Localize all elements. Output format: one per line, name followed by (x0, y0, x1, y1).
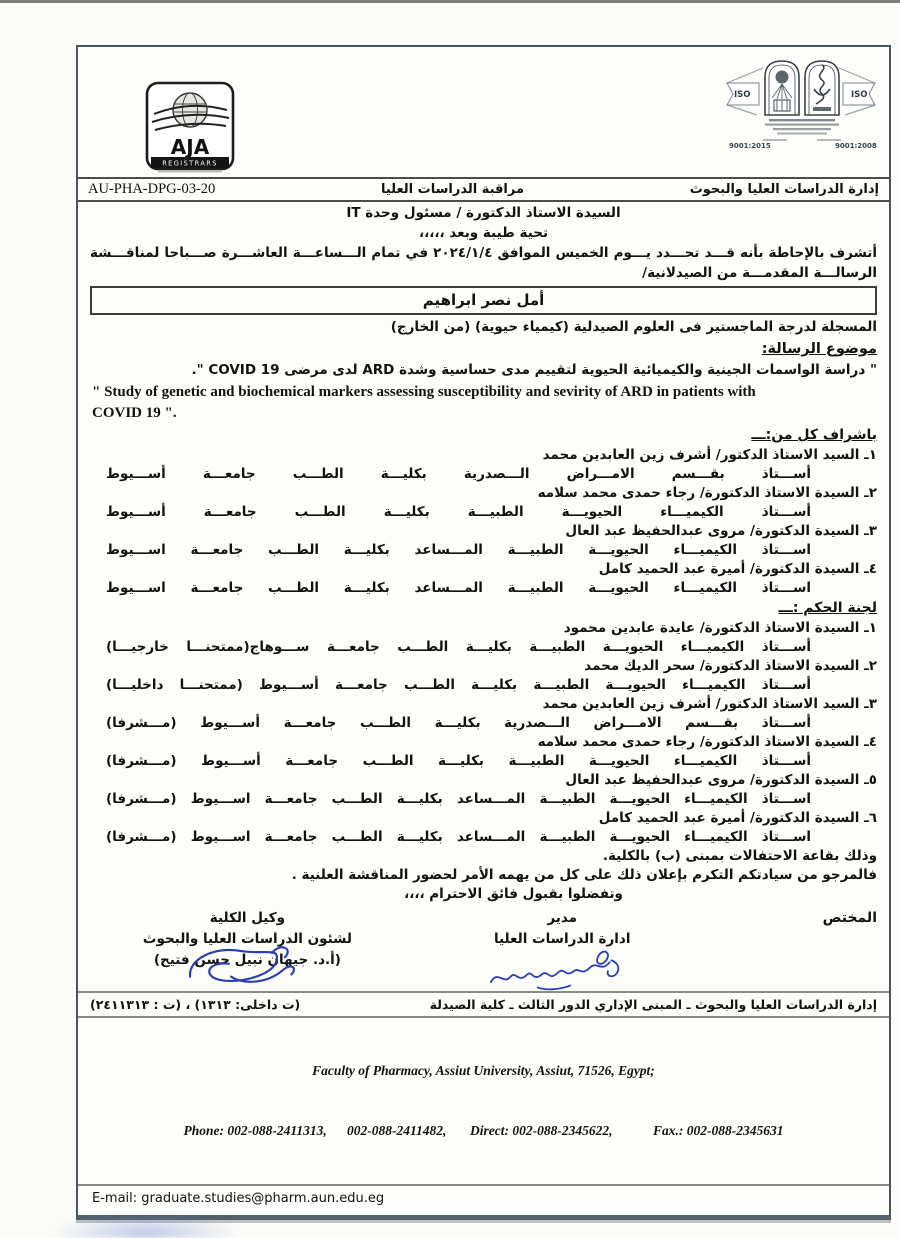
university-logo-icon (765, 61, 799, 115)
supervisor-entry: ٣ـ السيدة الدكتورة/ مروى عبدالحفيظ عبد ا… (90, 522, 877, 560)
footer-phone-line: Phone: 002-088-2411313, 002-088-2411482,… (84, 1121, 883, 1141)
director-title-1: مدير (405, 908, 720, 929)
entry-position: أســـتاذ بقـــسم الامـــراض الـــصدرية ب… (90, 465, 877, 484)
director-title-2: ادارة الدراسات العليا (405, 929, 720, 950)
closing-line: وتفضلوا بقبول فائق الاحترام ،،،، (90, 885, 877, 904)
committee-entry: ٥ـ السيدة الدكتورة/ مروى عبدالحفيظ عبد ا… (90, 771, 877, 809)
student-name-box: أمل نصر ابراهيم (90, 286, 877, 315)
entry-name: السيدة الدكتورة/ مروى عبدالحفيظ عبد العا… (565, 772, 859, 788)
committee-entry: ٣ـ السيد الاستاذ الدكتور/ أشرف زين العاب… (90, 695, 877, 733)
iso-right-label: ISO (851, 90, 868, 100)
iso-left-label: ISO (734, 90, 751, 100)
aja-logo-subtext: REGISTRARS (162, 160, 218, 168)
entry-number: ٤ـ (864, 734, 877, 750)
intro-line-1: أتشرف بالإحاطة بأنه قـــد تحـــدد يـــوم… (90, 243, 877, 263)
entry-name: السيدة الدكتورة/ أميرة عبد الحميد كامل (599, 561, 860, 577)
entry-name: السيدة الدكتورة/ مروى عبدالحفيظ عبد العا… (565, 523, 859, 539)
iso-certification-emblem: ISO ISO (723, 53, 879, 159)
addressee-line: السيدة الاستاذ الدكتورة / مسئول وحدة IT (90, 203, 877, 223)
thesis-title-english: " Study of genetic and biochemical marke… (90, 381, 877, 425)
entry-name: السيدة الاستاذ الدكتورة/ سحر الديك محمد (584, 658, 859, 674)
logos-row: AJA REGISTRARS ISO ISO (78, 47, 889, 177)
entry-number: ٢ـ (864, 485, 877, 501)
entry-number: ١ـ (864, 620, 877, 636)
entry-number: ١ـ (864, 447, 877, 463)
venue-line: وذلك بقاعة الاحتفالات بمبنى (ب) بالكلية. (90, 847, 877, 866)
specialist-label: المختص (720, 908, 877, 929)
iso-cert-right: 9001:2008 (835, 142, 877, 150)
entry-number: ٥ـ (864, 772, 877, 788)
vice-dean-title-1: وكيل الكلية (90, 908, 405, 929)
letter-body: السيدة الاستاذ الدكتورة / مسئول وحدة IT … (78, 202, 889, 904)
footer-address: إدارة الدراسات العليا والبحوث ـ المبنى ا… (430, 997, 877, 1012)
footer-english-block: Faculty of Pharmacy, Assiut University, … (78, 1018, 889, 1186)
entry-name: السيدة الاستاذ الدكتورة/ رجاء حمدى محمد … (538, 485, 860, 501)
entry-position: أســـتاذ بقـــسم الامـــراض الـــصدرية ب… (90, 714, 877, 733)
supervisor-entry: ٢ـ السيدة الاستاذ الدكتورة/ رجاء حمدى مح… (90, 484, 877, 522)
committee-entry: ٢ـ السيدة الاستاذ الدكتورة/ سحر الديك مح… (90, 657, 877, 695)
entry-name: السيدة الدكتورة/ أميرة عبد الحميد كامل (599, 810, 860, 826)
student-name: أمل نصر ابراهيم (423, 291, 545, 309)
committee-entry: ٤ـ السيدة الاستاذ الدكتورة/ رجاء حمدى مح… (90, 733, 877, 771)
registration-line: المسجلة لدرجة الماجستير فى العلوم الصيدل… (90, 317, 877, 338)
footer-phones-arabic: (ت داخلى: ١٣١٣) ، (ت : ٢٤١١٣١٣) (90, 997, 300, 1012)
document-border-frame: AJA REGISTRARS ISO ISO (76, 45, 891, 1220)
entry-name: السيدة الاستاذ الدكتورة/ رجاء حمدى محمد … (538, 734, 860, 750)
entry-name: السيد الاستاذ الدكتور/ أشرف زين العابدين… (543, 696, 860, 712)
footer-faculty-line: Faculty of Pharmacy, Assiut University, … (84, 1061, 883, 1081)
committee-entry: ٦ـ السيدة الدكتورة/ أميرة عبد الحميد كام… (90, 809, 877, 847)
document-code: AU-PHA-DPG-03-20 (88, 181, 215, 198)
thesis-title-arabic: " دراسة الواسمات الجينية والكيميائية الح… (90, 360, 877, 381)
supervisor-entry: ٤ـ السيدة الدكتورة/ أميرة عبد الحميد كام… (90, 560, 877, 598)
footer: إدارة الدراسات العليا والبحوث ـ المبنى ا… (78, 991, 889, 1215)
entry-name: السيدة الاستاذ الدكتورة/ عايدة عابدين مح… (564, 620, 860, 636)
entry-number: ٣ـ (864, 696, 877, 712)
committee-list: ١ـ السيدة الاستاذ الدكتورة/ عايدة عابدين… (90, 619, 877, 847)
iso-cert-left: 9001:2015 (729, 142, 771, 150)
aja-registrars-logo: AJA REGISTRARS (144, 81, 236, 181)
vice-dean-signature (177, 940, 307, 996)
footer-email-line: E-mail: graduate.studies@pharm.aun.edu.e… (78, 1186, 889, 1215)
entry-position: أســـتاذ الكيميـــاء الحيويـــة الطبيـــ… (90, 676, 877, 695)
request-line: فالمرجو من سيادتكم التكرم بإعلان ذلك على… (90, 866, 877, 885)
entry-position: أســـتاذ الكيميـــاء الحيويـــة الطبيـــ… (90, 752, 877, 771)
entry-position: اســـتاذ الكيميـــاء الحيويـــة الطبيـــ… (90, 579, 877, 598)
committee-label: لجنة الحكم :ـــ (90, 598, 877, 619)
intro-line-2: الرسالـــة المقدمـــة من الصيدلانية/ (90, 263, 877, 283)
greeting-line: تحية طيبة وبعد ،،،،، (90, 223, 877, 243)
entry-name: السيد الاستاذ الدكتور/ أشرف زين العابدين… (543, 447, 860, 463)
entry-number: ٣ـ (864, 523, 877, 539)
entry-position: أســـتاذ الكيميـــاء الحيويـــة الطبيـــ… (90, 503, 877, 522)
header-dept-center: مراقبة الدراسات العليا (381, 182, 524, 197)
header-dept-right: إدارة الدراسات العليا والبحوث (690, 182, 879, 197)
entry-position: أســـتاذ الكيميـــاء الحيويـــة الطبيـــ… (90, 638, 877, 657)
supervisors-label: باشراف كل من:ـــ (90, 425, 877, 446)
supervisor-entry: ١ـ السيد الاستاذ الدكتور/ أشرف زين العاب… (90, 446, 877, 484)
pharmacy-snake-icon (805, 61, 839, 115)
entry-position: اســـتاذ الكيميـــاء الحيويـــة الطبيـــ… (90, 828, 877, 847)
entry-number: ٦ـ (864, 810, 877, 826)
entry-number: ٤ـ (864, 561, 877, 577)
committee-entry: ١ـ السيدة الاستاذ الدكتورة/ عايدة عابدين… (90, 619, 877, 657)
footer-arabic-line: إدارة الدراسات العليا والبحوث ـ المبنى ا… (78, 991, 889, 1018)
scanned-letter-page: AJA REGISTRARS ISO ISO (0, 0, 900, 1238)
supervisors-list: ١ـ السيد الاستاذ الدكتور/ أشرف زين العاب… (90, 446, 877, 598)
aja-logo-text: AJA (171, 135, 210, 159)
subject-label: موضوع الرسالة: (90, 338, 877, 360)
entry-position: اســـتاذ الكيميـــاء الحيويـــة الطبيـــ… (90, 541, 877, 560)
entry-position: اســـتاذ الكيميـــاء الحيويـــة الطبيـــ… (90, 790, 877, 809)
entry-number: ٢ـ (864, 658, 877, 674)
scan-ink-smudge (50, 1212, 240, 1238)
